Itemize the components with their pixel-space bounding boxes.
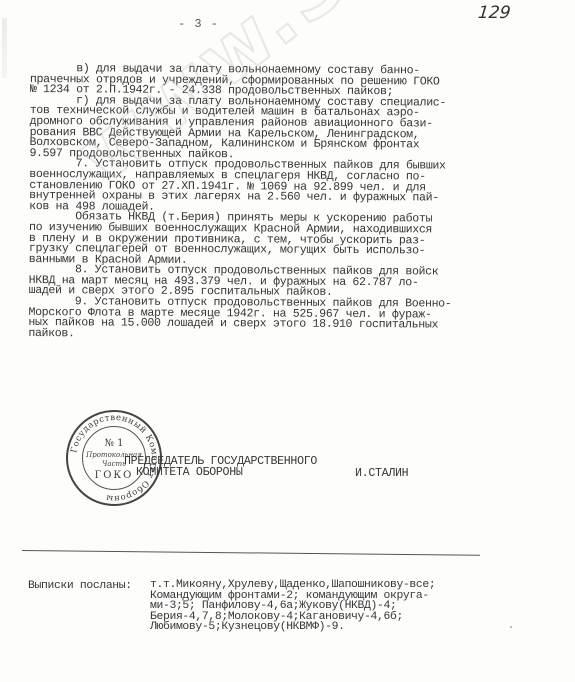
signature-title: ПРЕДСЕДАТЕЛЬ ГОСУДАРСТВЕННОГО КОМИТЕТА О… — [124, 457, 317, 478]
document-page: - 3 - 129 в) для выдачи за плату вольнон… — [0, 0, 575, 682]
separator-line — [22, 550, 480, 556]
resolution-body-text: в) для выдачи за плату вольнонаемному со… — [28, 64, 560, 343]
distribution-line: Любимову-5;Кузнецову(НКВМФ)-9. — [150, 622, 435, 633]
page-edge-shadow — [2, 18, 7, 78]
seal-number: № 1 — [66, 438, 162, 449]
paper-speck — [510, 626, 512, 628]
distribution-label: Выписки посланы: — [28, 580, 132, 592]
distribution-line: т.т.Микояну,Хрулеву,Щаденко,Шапошникову-… — [150, 580, 435, 591]
page-number: - 3 - — [178, 17, 219, 31]
body-line: пайков. — [28, 329, 558, 343]
signatory-name: И.СТАЛИН — [355, 467, 408, 480]
archive-folio-number: 129 — [477, 3, 512, 23]
signature-title-line-2: КОМИТЕТА ОБОРОНЫ — [124, 466, 243, 479]
distribution-recipients: т.т.Микояну,Хрулеву,Щаденко,Шапошникову-… — [150, 580, 435, 633]
